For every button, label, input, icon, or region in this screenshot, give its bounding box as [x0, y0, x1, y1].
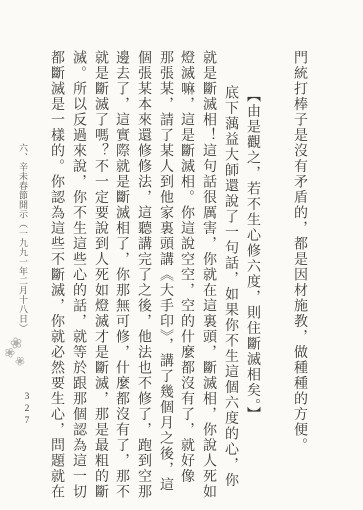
text-column-8: 邊去了，這實際就是斷滅相了，你那無可修，什麼都沒有了，那不	[110, 50, 132, 500]
text-column-4: 就是斷滅相！這句話很厲害，你就在這裏頭，斷滅相，你說人死如	[197, 50, 219, 500]
book-page: 門統打棒子是沒有矛盾的，都是因材施教，做種種的方便。 【由是觀之，若不生心修六度…	[0, 0, 363, 510]
text-column-2-quote: 【由是觀之，若不生心修六度，則住斷滅相矣。】	[241, 88, 263, 422]
flower-petal-icon: ❀	[12, 352, 28, 369]
flower-petal-icon: ❀	[2, 345, 17, 363]
flower-petal-icon: ❀	[8, 333, 24, 353]
flower-stamp-icon: ❀ ❀ ❀	[4, 334, 34, 374]
text-column-11: 都斷滅是一樣的。你認為這些不斷滅，你就必然要生心，問題就在	[45, 50, 67, 500]
text-column-9: 就是斷滅了嗎？不一定要說到人死如燈滅才是斷滅，那是最粗的斷	[89, 50, 111, 500]
page-number: 327	[21, 392, 33, 428]
text-column-10: 滅。所以反過來說，你不生這些心的話，就等於跟那個認為這一切	[67, 50, 89, 500]
text-column-6: 那張某，請了某人到他家裏頭講《大手印》，講了幾個月之後，這	[154, 50, 176, 493]
text-column-5: 燈滅嘛，這是斷滅相。你這說空空，空的什麼都沒有了，就好像	[175, 50, 197, 484]
margin-caption: 六、辛未春節開示（一九九一年二月十八日）	[16, 143, 30, 333]
text-column-7: 個張某本來還修修法，這聽講完了之後，他法也不修了，跑到空那	[132, 50, 154, 500]
text-column-3: 底下蕅益大師還說了一句話，如果你不生這個六度的心，你	[219, 85, 241, 488]
text-column-1: 門統打棒子是沒有矛盾的，都是因材施教，做種種的方便。	[288, 50, 310, 453]
